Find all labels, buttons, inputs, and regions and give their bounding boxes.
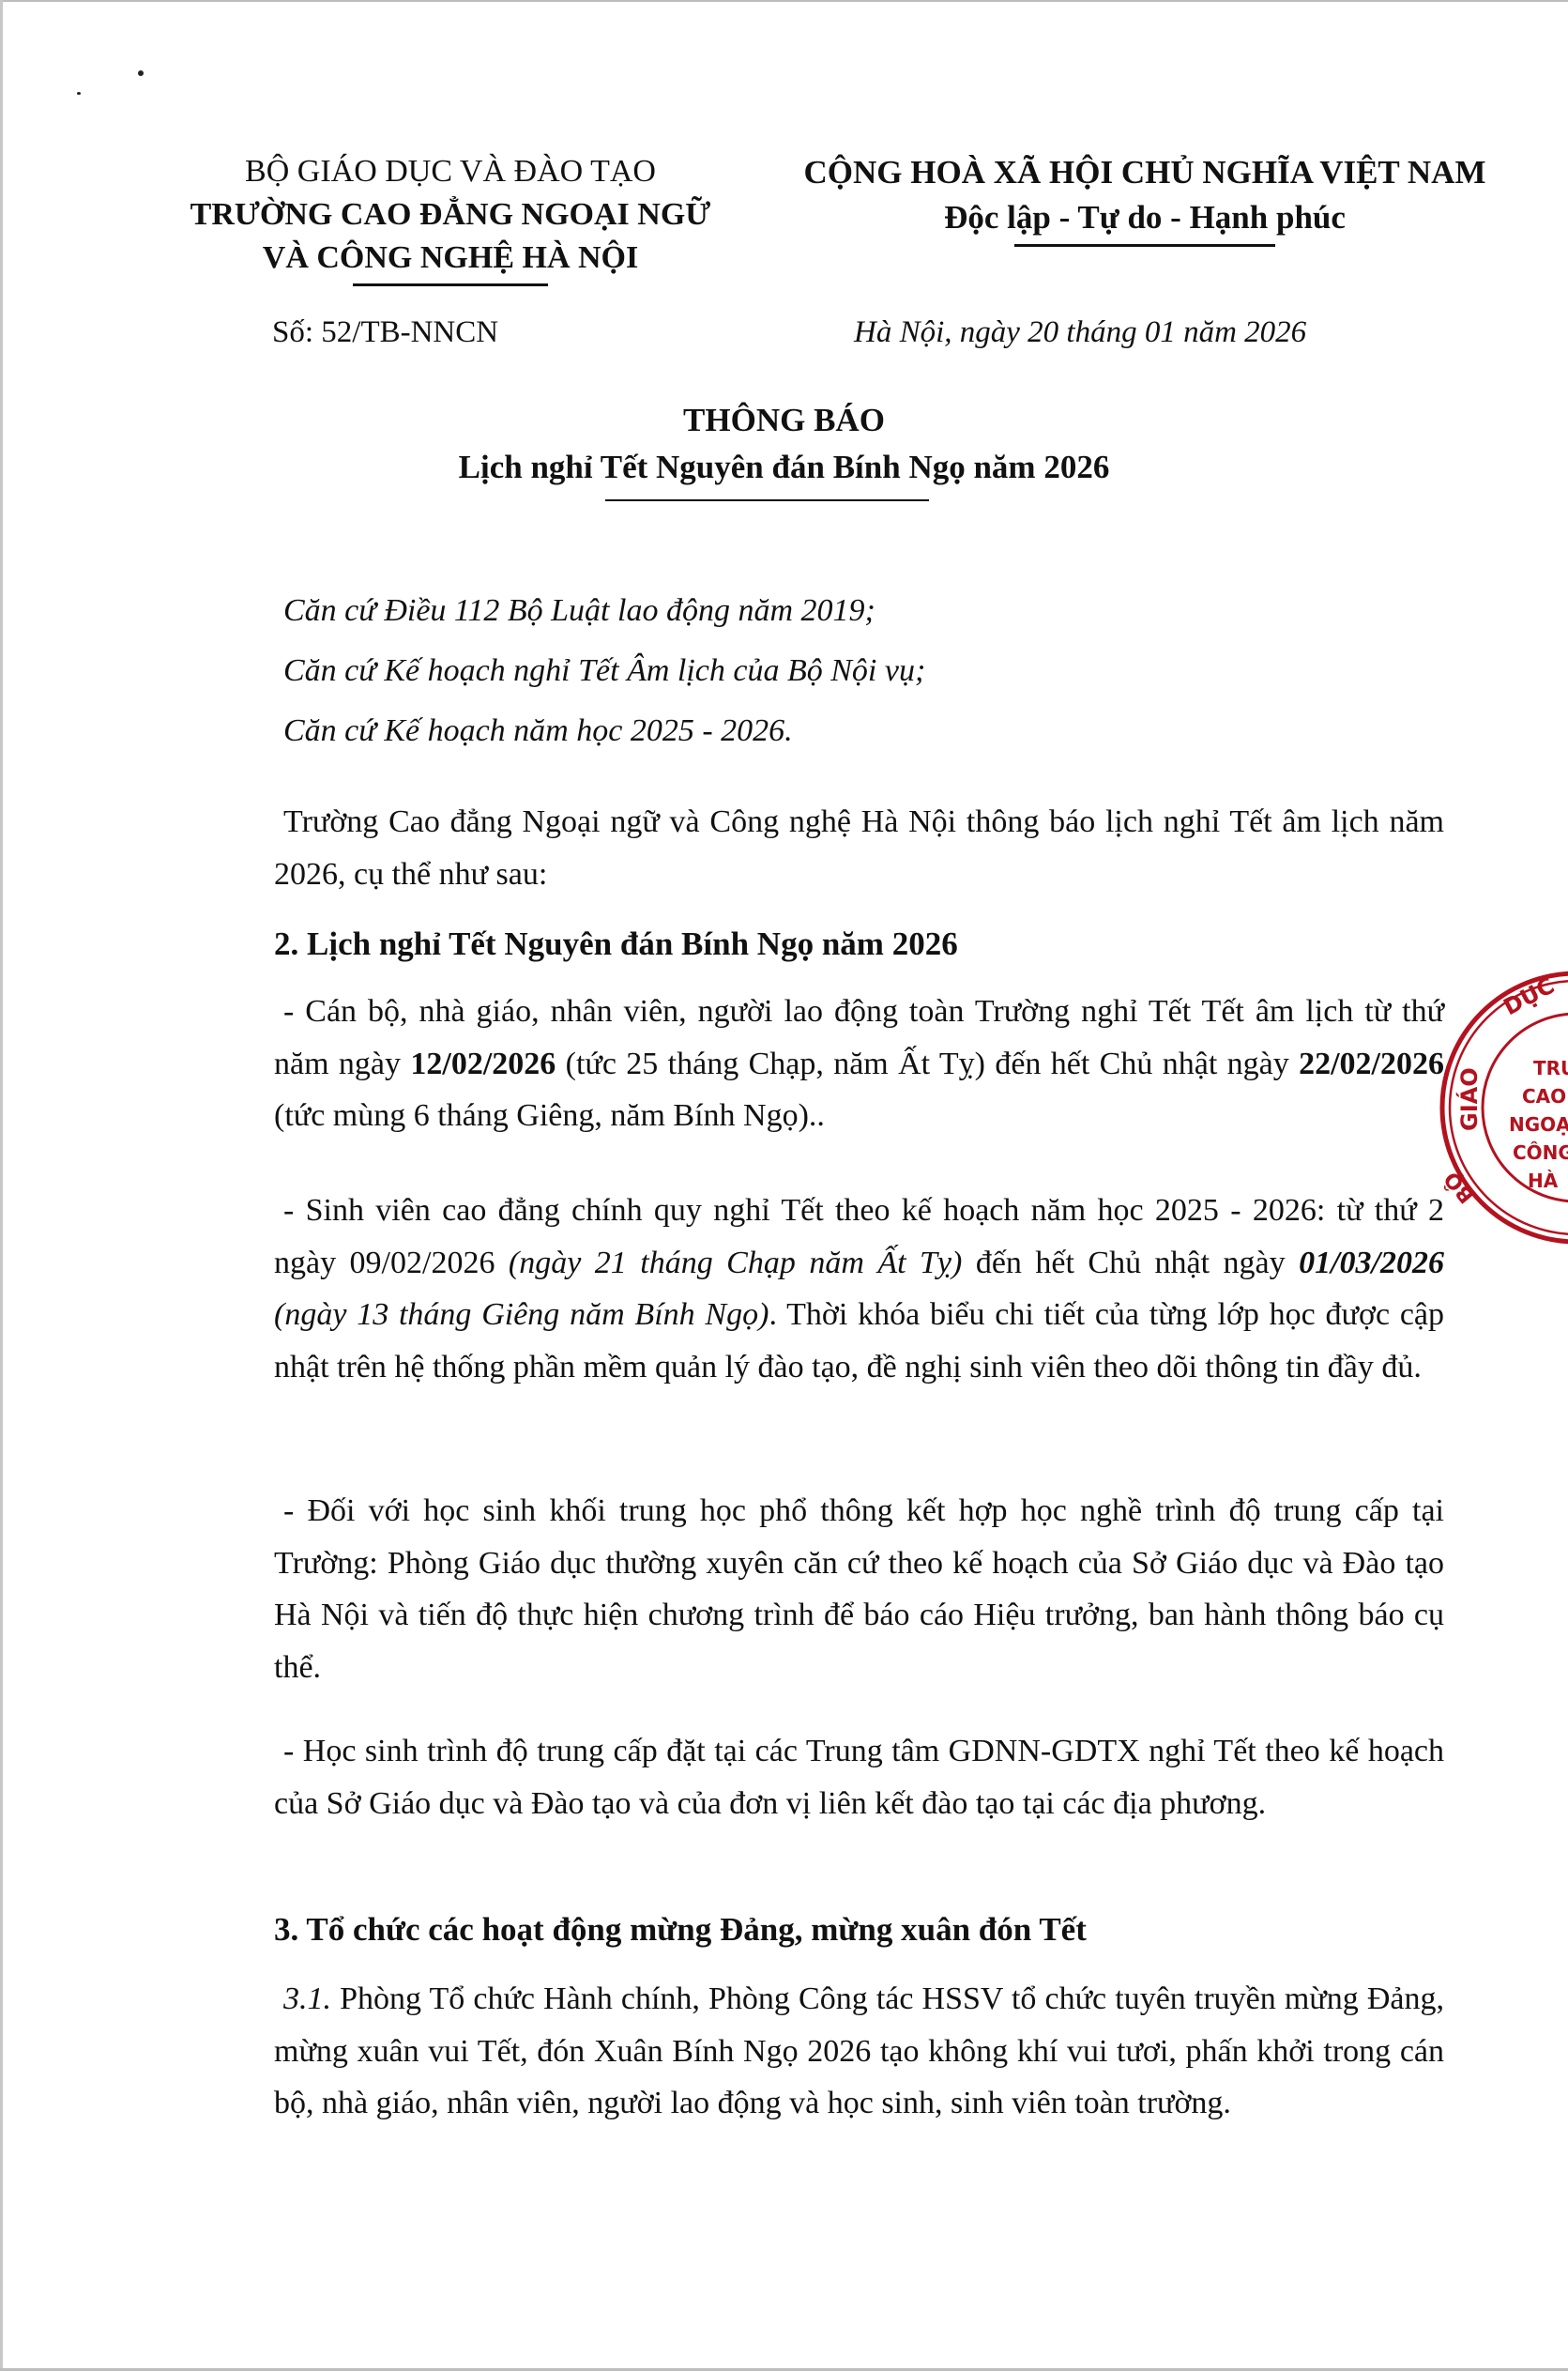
school-name-line2: VÀ CÔNG NGHỆ HÀ NỘI (188, 237, 713, 280)
page-edge-left (0, 0, 3, 2371)
legal-basis-item: Căn cứ Kế hoạch năm học 2025 - 2026. (283, 713, 793, 749)
staff-text: (tức mùng 6 tháng Giêng, năm Bính Ngọ).. (274, 1098, 825, 1133)
staff-holiday-paragraph: - Cán bộ, nhà giáo, nhân viên, người lao… (274, 986, 1444, 1142)
national-motto: Độc lập - Tự do - Hạnh phúc (798, 195, 1492, 240)
centers-paragraph: - Học sinh trình độ trung cấp đặt tại cá… (274, 1725, 1444, 1829)
page-edge-top (0, 0, 1568, 2)
legal-basis-item: Căn cứ Kế hoạch nghỉ Tết Âm lịch của Bộ … (283, 653, 925, 689)
student-end-lunar: (ngày 13 tháng Giêng năm Bính Ngọ) (274, 1297, 769, 1332)
stamp-text-giao: GIÁO (1455, 1067, 1483, 1131)
intro-paragraph: Trường Cao đẳng Ngoại ngữ và Công nghệ H… (274, 796, 1444, 900)
official-red-stamp: DỤC GIÁO BỘ TRƯ CAO NGOẠI CÔNG HÀ (1436, 967, 1568, 1248)
scan-speck (77, 92, 81, 95)
item-number: 3.1. (283, 1981, 331, 2016)
section-2-heading: 2. Lịch nghỉ Tết Nguyên đán Bính Ngọ năm… (274, 925, 958, 963)
ministry-name: BỘ GIÁO DỤC VÀ ĐÀO TẠO (188, 150, 713, 193)
title-underline (605, 499, 929, 501)
staff-end-date: 22/02/2026 (1299, 1047, 1444, 1081)
stamp-text-cao: CAO (1522, 1085, 1566, 1108)
document-subject: Lịch nghỉ Tết Nguyên đán Bính Ngọ năm 20… (0, 449, 1568, 486)
document-number: Số: 52/TB-NNCN (272, 315, 498, 350)
scan-speck (138, 70, 144, 76)
stamp-text-ha: HÀ (1528, 1170, 1559, 1192)
stamp-text-bo: BỘ (1439, 1167, 1479, 1209)
motto-underline (1014, 244, 1275, 247)
staff-text: (tức 25 tháng Chạp, năm Ất Tỵ) đến hết C… (556, 1047, 1299, 1081)
stamp-text-duc: DỤC (1499, 972, 1560, 1020)
student-text: đến hết Chủ nhật ngày (962, 1246, 1299, 1280)
issuing-organization: BỘ GIÁO DỤC VÀ ĐÀO TẠO TRƯỜNG CAO ĐẲNG N… (188, 150, 713, 286)
item-text: Phòng Tổ chức Hành chính, Phòng Công tác… (274, 1981, 1444, 2120)
section-3-heading: 3. Tổ chức các hoạt động mừng Đảng, mừng… (274, 1911, 1087, 1949)
stamp-text-tru: TRƯ (1533, 1057, 1568, 1079)
student-start-lunar: (ngày 21 tháng Chạp năm Ất Tỵ) (509, 1246, 962, 1280)
national-header: CỘNG HOÀ XÃ HỘI CHỦ NGHĨA VIỆT NAM Độc l… (798, 150, 1492, 247)
staff-start-date: 12/02/2026 (410, 1047, 556, 1081)
school-name-line1: TRƯỜNG CAO ĐẲNG NGOẠI NGỮ (188, 193, 713, 237)
highschool-paragraph: - Đối với học sinh khối trung học phổ th… (274, 1485, 1444, 1693)
stamp-text-ngoai: NGOẠI (1509, 1113, 1568, 1136)
section-3-1-paragraph: 3.1. Phòng Tổ chức Hành chính, Phòng Côn… (274, 1973, 1444, 2130)
country-name: CỘNG HOÀ XÃ HỘI CHỦ NGHĨA VIỆT NAM (798, 150, 1492, 195)
place-and-date: Hà Nội, ngày 20 tháng 01 năm 2026 (854, 315, 1306, 350)
student-end-date: 01/03/2026 (1299, 1246, 1444, 1280)
header-left-underline (353, 283, 548, 286)
stamp-text-cong: CÔNG (1513, 1141, 1568, 1164)
legal-basis-item: Căn cứ Điều 112 Bộ Luật lao động năm 201… (283, 593, 875, 629)
document-type: THÔNG BÁO (0, 402, 1568, 439)
student-holiday-paragraph: - Sinh viên cao đẳng chính quy nghỉ Tết … (274, 1185, 1444, 1393)
